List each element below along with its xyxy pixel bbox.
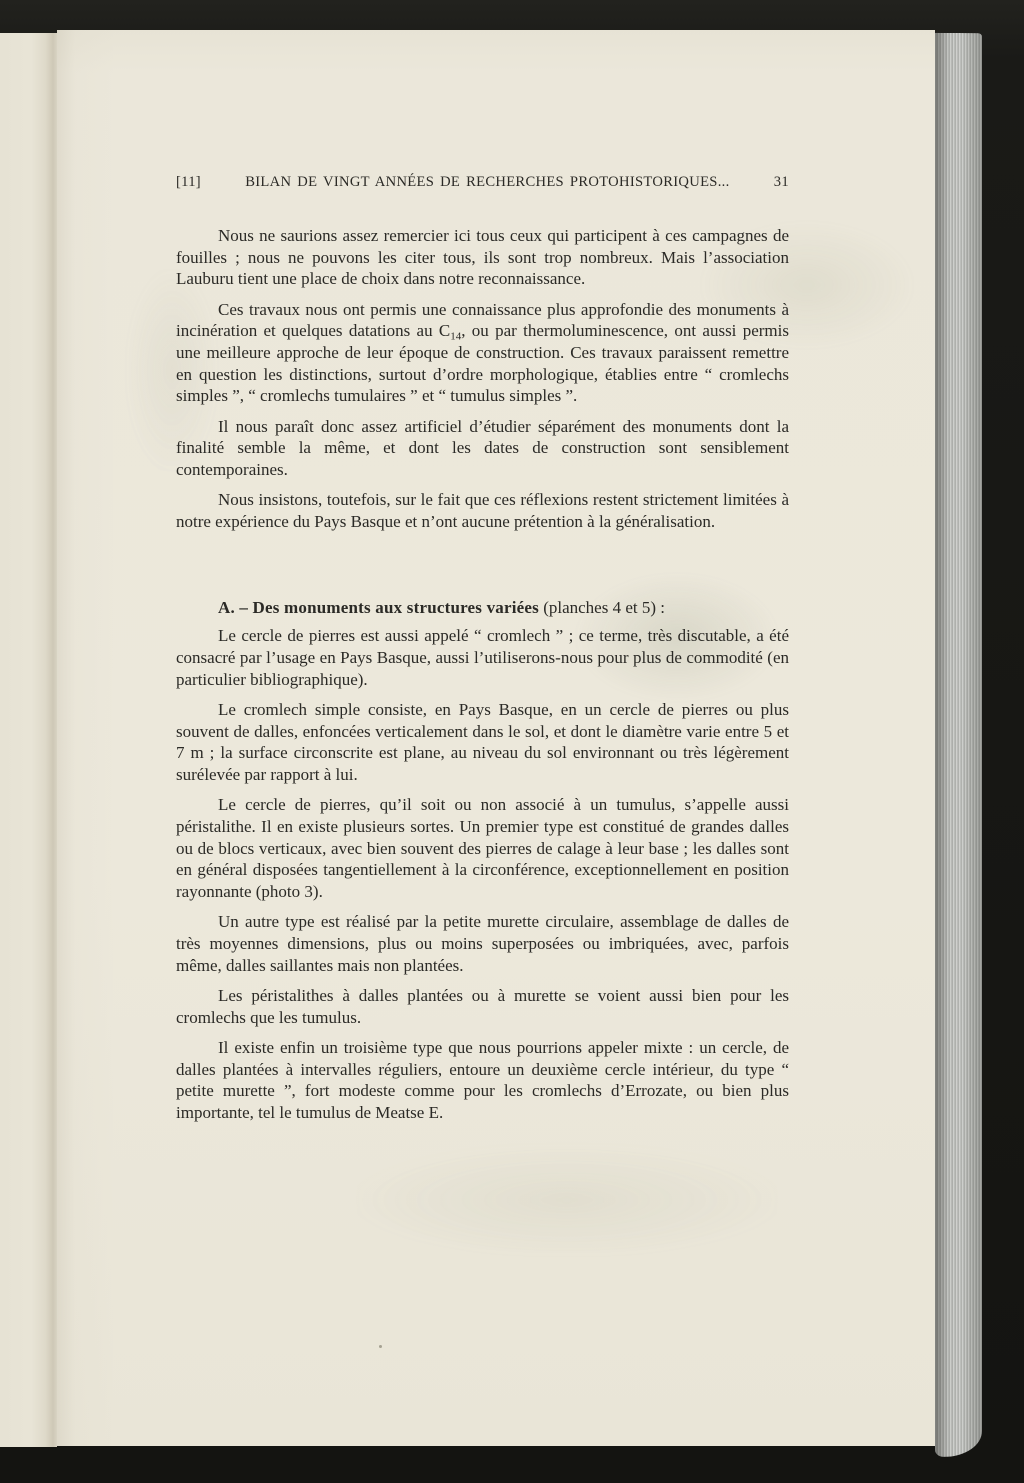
book-page: [11] BILAN DE VINGT ANNÉES DE RECHERCHES…: [57, 30, 935, 1446]
paragraph: Le cromlech simple consiste, en Pays Bas…: [176, 699, 789, 786]
previous-page-edge: [0, 33, 57, 1447]
section-heading-title: A. – Des monuments aux structures variée…: [218, 598, 539, 617]
paper-speck: [379, 1345, 382, 1348]
paragraph: Le cercle de pierres est aussi appelé “ …: [176, 625, 789, 690]
page-number: 31: [774, 173, 789, 191]
paragraph: Les péristalithes à dalles plantées ou à…: [176, 985, 789, 1028]
subscript: 14: [450, 331, 461, 343]
paragraph: Il nous paraît donc assez artificiel d’é…: [176, 416, 789, 481]
paragraph: Nous ne saurions assez remercier ici tou…: [176, 225, 789, 290]
page-stack-edge: [935, 33, 982, 1457]
section-heading-suffix: (planches 4 et 5) :: [539, 598, 665, 617]
page-text-block: [11] BILAN DE VINGT ANNÉES DE RECHERCHES…: [176, 173, 789, 1132]
article-ref: [11]: [176, 173, 201, 191]
section-heading: A. – Des monuments aux structures variée…: [176, 597, 789, 619]
paragraph: Le cercle de pierres, qu’il soit ou non …: [176, 794, 789, 903]
running-title: BILAN DE VINGT ANNÉES DE RECHERCHES PROT…: [245, 173, 729, 191]
running-header: [11] BILAN DE VINGT ANNÉES DE RECHERCHES…: [176, 173, 789, 191]
paragraph: Nous insistons, toutefois, sur le fait q…: [176, 489, 789, 532]
paragraph: Il existe enfin un troisième type que no…: [176, 1037, 789, 1124]
ink-bleed-through: [357, 1145, 777, 1255]
paragraph: Un autre type est réalisé par la petite …: [176, 911, 789, 976]
paragraph: Ces travaux nous ont permis une connaiss…: [176, 299, 789, 408]
